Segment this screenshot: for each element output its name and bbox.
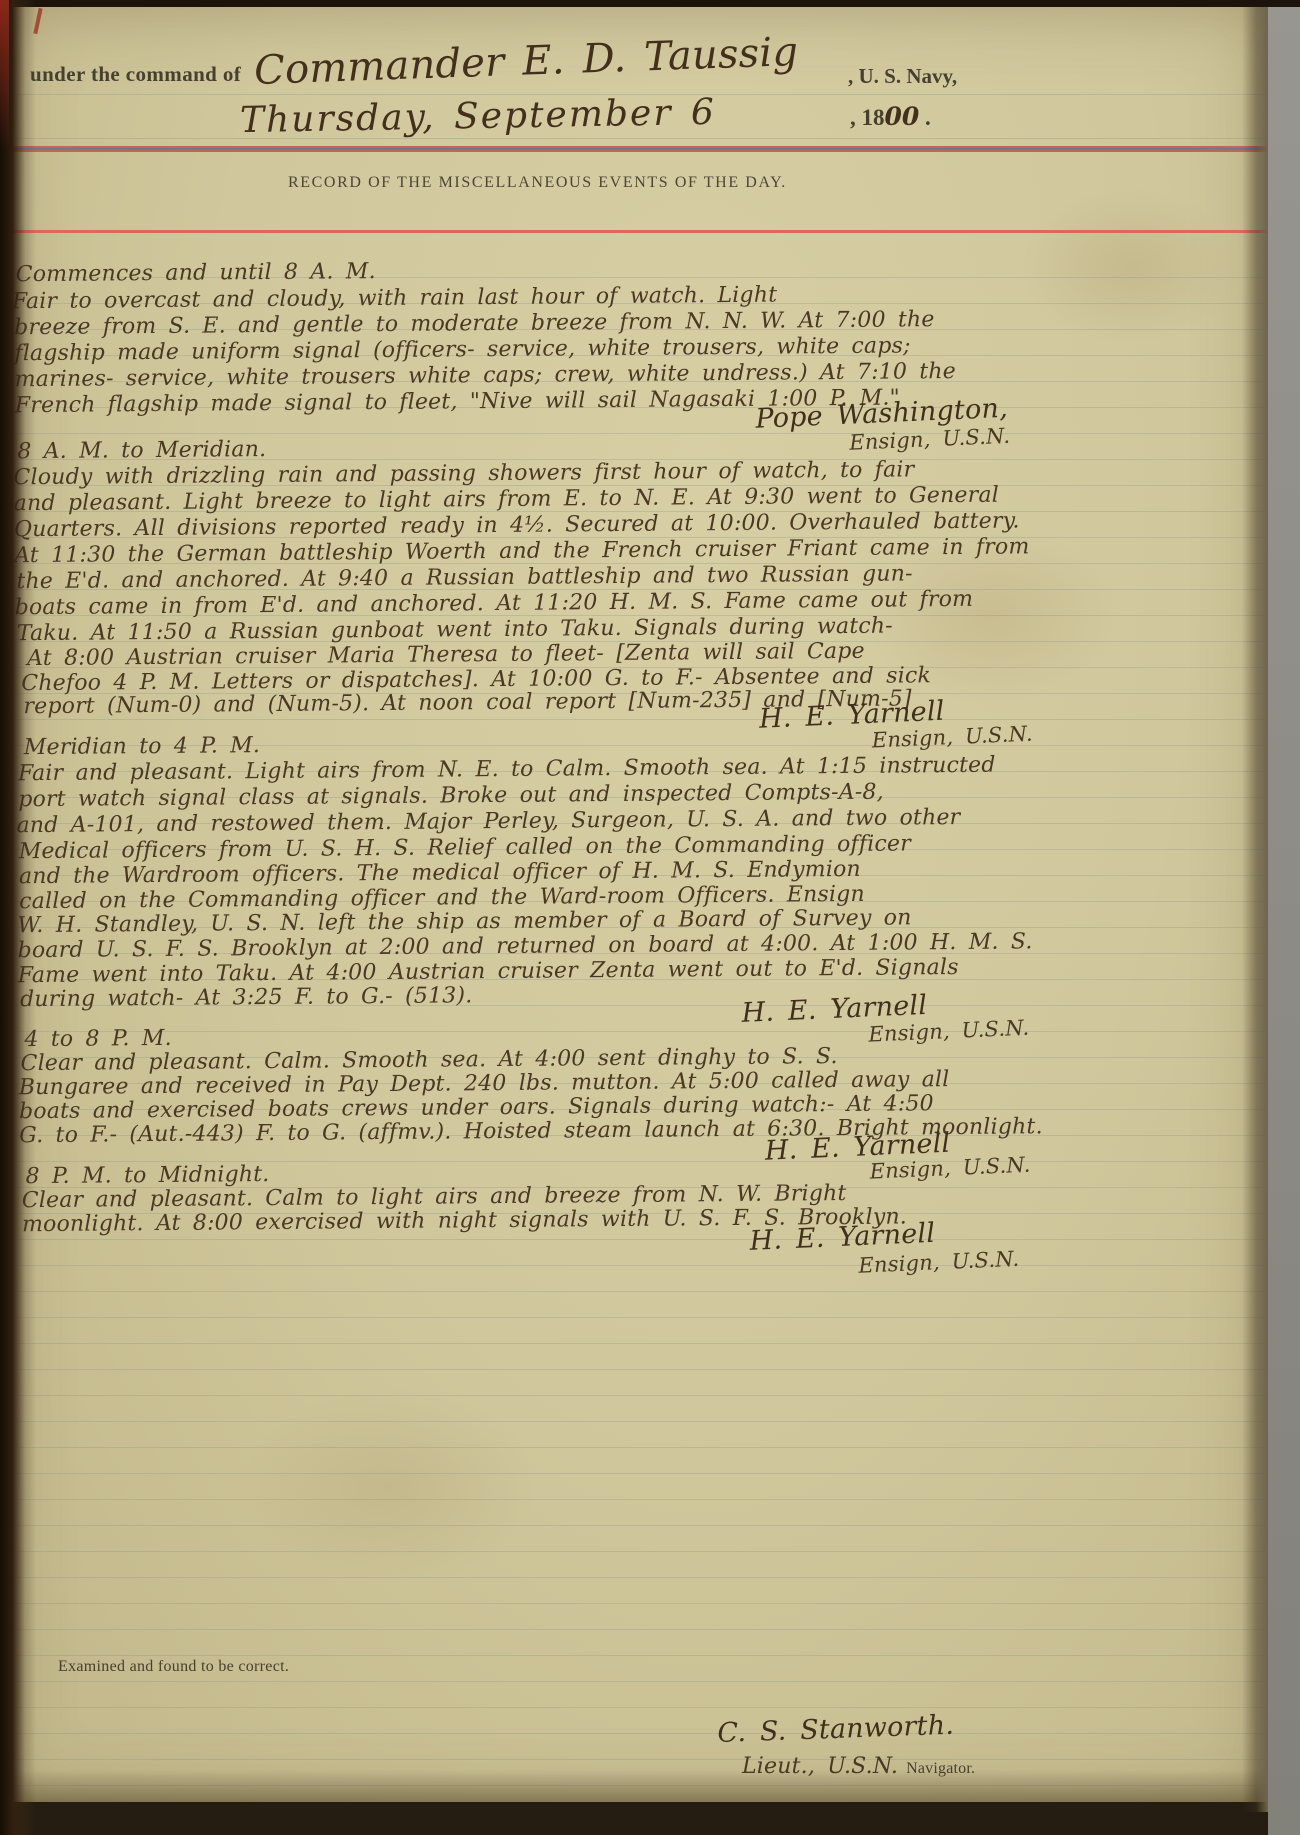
paper-sheet: under the command of Commander E. D. Tau… (0, 6, 1268, 1806)
page-right-edge-shadow (1242, 0, 1268, 1812)
page-bottom-shadow (0, 1770, 1268, 1802)
binding-gutter-left (0, 0, 36, 1835)
page-top-edge (0, 0, 1300, 7)
watch-heading-8pm-midnight: 8 P. M. to Midnight. (25, 1162, 269, 1189)
log-body: Commences and until 8 A. M. Fair to over… (0, 0, 1278, 1506)
watch-heading-8am-meridian: 8 A. M. to Meridian. (17, 437, 266, 464)
watch-heading-commences: Commences and until 8 A. M. (16, 259, 376, 287)
backdrop-right (1268, 0, 1300, 1835)
watch-heading-meridian-4pm: Meridian to 4 P. M. (24, 733, 260, 760)
logbook-page: under the command of Commander E. D. Tau… (0, 0, 1300, 1835)
red-edge-mark (0, 0, 9, 150)
examined-note: Examined and found to be correct. (58, 1658, 289, 1676)
navigator-signature: C. S. Stanworth. (717, 1710, 955, 1749)
signature-rank: Ensign, U.S.N. (858, 1247, 1020, 1278)
watch-heading-4-8pm: 4 to 8 P. M. (24, 1026, 172, 1052)
log-line: during watch- At 3:25 F. to G.- (513). (20, 983, 473, 1012)
page-bottom-edge (0, 1802, 1268, 1835)
